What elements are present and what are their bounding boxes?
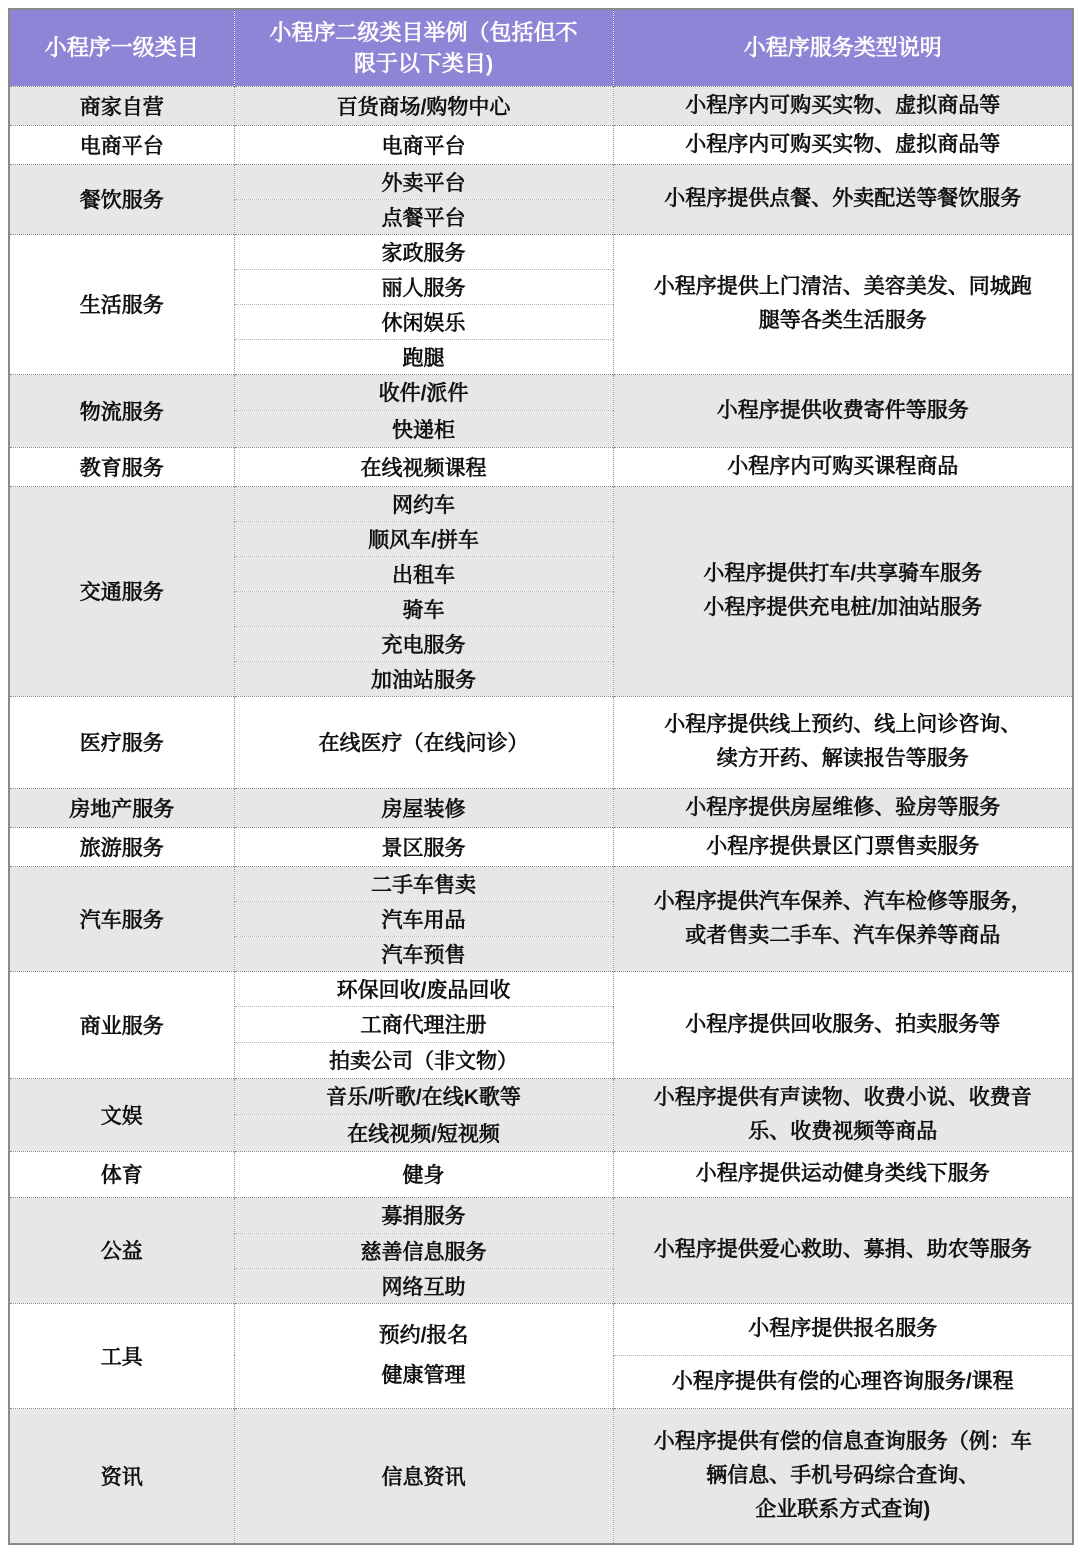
description-cell: 小程序提供线上预约、线上问诊咨询、 续方开药、解读报告等服务 bbox=[613, 696, 1073, 788]
subcategory-cell: 充电服务 bbox=[234, 626, 613, 661]
subcategory-cell: 电商平台 bbox=[234, 125, 613, 164]
subcategory-cell: 快递柜 bbox=[234, 410, 613, 447]
subcategory-cell: 跑腿 bbox=[234, 339, 613, 374]
desc-line: 小程序提供充电桩/加油站服务 bbox=[622, 591, 1065, 625]
header-line: 限于以下类目) bbox=[243, 48, 605, 79]
desc-line: 小程序提供线上预约、线上问诊咨询、 bbox=[622, 708, 1065, 742]
desc-line: 小程序内可购买课程商品 bbox=[622, 450, 1065, 484]
subcategory-cell: 二手车售卖 bbox=[234, 866, 613, 901]
table-row: 旅游服务 景区服务 小程序提供景区门票售卖服务 bbox=[9, 827, 1073, 866]
category-cell: 工具 bbox=[9, 1303, 234, 1408]
subcategory-cell: 网络互助 bbox=[234, 1268, 613, 1303]
category-cell: 教育服务 bbox=[9, 447, 234, 486]
desc-line: 小程序提供上门清洁、美容美发、同城跑 bbox=[622, 270, 1065, 304]
mini-program-category-table-wrap: 小程序一级类目 小程序二级类目举例（包括但不 限于以下类目) 小程序服务类型说明… bbox=[8, 8, 1074, 1545]
subcategory-cell: 景区服务 bbox=[234, 827, 613, 866]
subcategory-cell: 网约车 bbox=[234, 486, 613, 521]
category-cell: 体育 bbox=[9, 1151, 234, 1197]
table-header-row: 小程序一级类目 小程序二级类目举例（包括但不 限于以下类目) 小程序服务类型说明 bbox=[9, 9, 1073, 86]
subcategory-cell: 预约/报名 健康管理 bbox=[234, 1303, 613, 1408]
desc-line: 小程序提供爱心救助、募捐、助农等服务 bbox=[622, 1233, 1065, 1267]
table-row: 生活服务 家政服务 小程序提供上门清洁、美容美发、同城跑 腿等各类生活服务 bbox=[9, 234, 1073, 269]
category-cell: 公益 bbox=[9, 1197, 234, 1303]
desc-line: 小程序提供房屋维修、验房等服务 bbox=[622, 791, 1065, 825]
subcategory-cell: 收件/派件 bbox=[234, 374, 613, 410]
subcategory-cell: 慈善信息服务 bbox=[234, 1233, 613, 1268]
desc-line: 小程序提供打车/共享骑车服务 bbox=[622, 557, 1065, 591]
header-first-level-category: 小程序一级类目 bbox=[9, 9, 234, 86]
subcategory-cell: 百货商场/购物中心 bbox=[234, 86, 613, 125]
description-cell: 小程序提供收费寄件等服务 bbox=[613, 374, 1073, 447]
desc-line: 小程序内可购买实物、虚拟商品等 bbox=[622, 89, 1065, 123]
category-cell: 商业服务 bbox=[9, 971, 234, 1078]
table-row: 汽车服务 二手车售卖 小程序提供汽车保养、汽车检修等服务， 或者售卖二手车、汽车… bbox=[9, 866, 1073, 901]
category-cell: 房地产服务 bbox=[9, 788, 234, 827]
desc-line: 小程序提供有声读物、收费小说、收费音 bbox=[622, 1081, 1065, 1115]
table-row: 商业服务 环保回收/废品回收 小程序提供回收服务、拍卖服务等 bbox=[9, 971, 1073, 1006]
desc-line: 辆信息、手机号码综合查询、 bbox=[622, 1459, 1065, 1493]
table-row: 文娱 音乐/听歌/在线K歌等 小程序提供有声读物、收费小说、收费音 乐、收费视频… bbox=[9, 1078, 1073, 1115]
subcategory-cell: 工商代理注册 bbox=[234, 1006, 613, 1042]
description-cell: 小程序提供点餐、外卖配送等餐饮服务 bbox=[613, 164, 1073, 234]
subcategory-cell: 信息资讯 bbox=[234, 1408, 613, 1544]
description-cell: 小程序提供报名服务 bbox=[613, 1303, 1073, 1355]
table-row: 交通服务 网约车 小程序提供打车/共享骑车服务 小程序提供充电桩/加油站服务 bbox=[9, 486, 1073, 521]
category-cell: 旅游服务 bbox=[9, 827, 234, 866]
table-row: 工具 预约/报名 健康管理 小程序提供报名服务 bbox=[9, 1303, 1073, 1355]
description-cell: 小程序提供汽车保养、汽车检修等服务， 或者售卖二手车、汽车保养等商品 bbox=[613, 866, 1073, 971]
desc-line: 小程序提供景区门票售卖服务 bbox=[622, 830, 1065, 864]
desc-line: 小程序提供汽车保养、汽车检修等服务， bbox=[622, 885, 1065, 919]
subcategory-cell: 在线视频课程 bbox=[234, 447, 613, 486]
category-cell: 汽车服务 bbox=[9, 866, 234, 971]
subcategory-cell: 募捐服务 bbox=[234, 1197, 613, 1233]
subcategory-cell: 拍卖公司（非文物） bbox=[234, 1042, 613, 1078]
table-row: 体育 健身 小程序提供运动健身类线下服务 bbox=[9, 1151, 1073, 1197]
desc-line: 小程序提供报名服务 bbox=[622, 1312, 1065, 1346]
subcategory-cell: 顺风车/拼车 bbox=[234, 521, 613, 556]
header-second-level-category: 小程序二级类目举例（包括但不 限于以下类目) bbox=[234, 9, 613, 86]
table-row: 物流服务 收件/派件 小程序提供收费寄件等服务 bbox=[9, 374, 1073, 410]
description-cell: 小程序提供有偿的心理咨询服务/课程 bbox=[613, 1355, 1073, 1408]
description-cell: 小程序提供有偿的信息查询服务（例：车 辆信息、手机号码综合查询、 企业联系方式查… bbox=[613, 1408, 1073, 1544]
subcategory-cell: 在线视频/短视频 bbox=[234, 1115, 613, 1152]
table-row: 商家自营 百货商场/购物中心 小程序内可购买实物、虚拟商品等 bbox=[9, 86, 1073, 125]
subcategory-cell: 健身 bbox=[234, 1151, 613, 1197]
category-cell: 电商平台 bbox=[9, 125, 234, 164]
desc-line: 小程序提供点餐、外卖配送等餐饮服务 bbox=[622, 182, 1065, 216]
table-row: 教育服务 在线视频课程 小程序内可购买课程商品 bbox=[9, 447, 1073, 486]
subcategory-line: 健康管理 bbox=[243, 1356, 605, 1396]
description-cell: 小程序提供景区门票售卖服务 bbox=[613, 827, 1073, 866]
table-row: 公益 募捐服务 小程序提供爱心救助、募捐、助农等服务 bbox=[9, 1197, 1073, 1233]
table-row: 电商平台 电商平台 小程序内可购买实物、虚拟商品等 bbox=[9, 125, 1073, 164]
category-cell: 文娱 bbox=[9, 1078, 234, 1151]
desc-line: 小程序内可购买实物、虚拟商品等 bbox=[622, 128, 1065, 162]
description-cell: 小程序提供运动健身类线下服务 bbox=[613, 1151, 1073, 1197]
subcategory-cell: 出租车 bbox=[234, 556, 613, 591]
table-row: 资讯 信息资讯 小程序提供有偿的信息查询服务（例：车 辆信息、手机号码综合查询、… bbox=[9, 1408, 1073, 1544]
description-cell: 小程序提供爱心救助、募捐、助农等服务 bbox=[613, 1197, 1073, 1303]
description-cell: 小程序提供打车/共享骑车服务 小程序提供充电桩/加油站服务 bbox=[613, 486, 1073, 696]
subcategory-cell: 外卖平台 bbox=[234, 164, 613, 199]
subcategory-cell: 在线医疗（在线问诊） bbox=[234, 696, 613, 788]
description-cell: 小程序内可购买实物、虚拟商品等 bbox=[613, 86, 1073, 125]
subcategory-cell: 骑车 bbox=[234, 591, 613, 626]
category-cell: 资讯 bbox=[9, 1408, 234, 1544]
table-row: 房地产服务 房屋装修 小程序提供房屋维修、验房等服务 bbox=[9, 788, 1073, 827]
desc-line: 小程序提供有偿的信息查询服务（例：车 bbox=[622, 1425, 1065, 1459]
description-cell: 小程序提供有声读物、收费小说、收费音 乐、收费视频等商品 bbox=[613, 1078, 1073, 1151]
desc-line: 小程序提供收费寄件等服务 bbox=[622, 394, 1065, 428]
header-service-type: 小程序服务类型说明 bbox=[613, 9, 1073, 86]
subcategory-cell: 房屋装修 bbox=[234, 788, 613, 827]
subcategory-cell: 汽车预售 bbox=[234, 936, 613, 971]
description-cell: 小程序提供上门清洁、美容美发、同城跑 腿等各类生活服务 bbox=[613, 234, 1073, 374]
category-cell: 物流服务 bbox=[9, 374, 234, 447]
category-cell: 生活服务 bbox=[9, 234, 234, 374]
subcategory-line: 预约/报名 bbox=[243, 1316, 605, 1356]
description-cell: 小程序内可购买课程商品 bbox=[613, 447, 1073, 486]
desc-line: 或者售卖二手车、汽车保养等商品 bbox=[622, 919, 1065, 953]
table-row: 餐饮服务 外卖平台 小程序提供点餐、外卖配送等餐饮服务 bbox=[9, 164, 1073, 199]
subcategory-cell: 休闲娱乐 bbox=[234, 304, 613, 339]
desc-line: 小程序提供运动健身类线下服务 bbox=[622, 1157, 1065, 1191]
subcategory-cell: 点餐平台 bbox=[234, 199, 613, 234]
table-row: 医疗服务 在线医疗（在线问诊） 小程序提供线上预约、线上问诊咨询、 续方开药、解… bbox=[9, 696, 1073, 788]
header-line: 小程序二级类目举例（包括但不 bbox=[243, 17, 605, 48]
subcategory-cell: 丽人服务 bbox=[234, 269, 613, 304]
desc-line: 企业联系方式查询) bbox=[622, 1493, 1065, 1527]
category-cell: 医疗服务 bbox=[9, 696, 234, 788]
desc-line: 小程序提供回收服务、拍卖服务等 bbox=[622, 1008, 1065, 1042]
desc-line: 腿等各类生活服务 bbox=[622, 304, 1065, 338]
category-cell: 交通服务 bbox=[9, 486, 234, 696]
desc-line: 小程序提供有偿的心理咨询服务/课程 bbox=[622, 1365, 1065, 1399]
category-cell: 餐饮服务 bbox=[9, 164, 234, 234]
category-cell: 商家自营 bbox=[9, 86, 234, 125]
description-cell: 小程序提供房屋维修、验房等服务 bbox=[613, 788, 1073, 827]
subcategory-cell: 环保回收/废品回收 bbox=[234, 971, 613, 1006]
desc-line: 乐、收费视频等商品 bbox=[622, 1115, 1065, 1149]
description-cell: 小程序提供回收服务、拍卖服务等 bbox=[613, 971, 1073, 1078]
description-cell: 小程序内可购买实物、虚拟商品等 bbox=[613, 125, 1073, 164]
subcategory-cell: 汽车用品 bbox=[234, 901, 613, 936]
subcategory-cell: 家政服务 bbox=[234, 234, 613, 269]
subcategory-cell: 加油站服务 bbox=[234, 661, 613, 696]
desc-line: 续方开药、解读报告等服务 bbox=[622, 742, 1065, 776]
subcategory-cell: 音乐/听歌/在线K歌等 bbox=[234, 1078, 613, 1115]
mini-program-category-table: 小程序一级类目 小程序二级类目举例（包括但不 限于以下类目) 小程序服务类型说明… bbox=[8, 8, 1074, 1545]
